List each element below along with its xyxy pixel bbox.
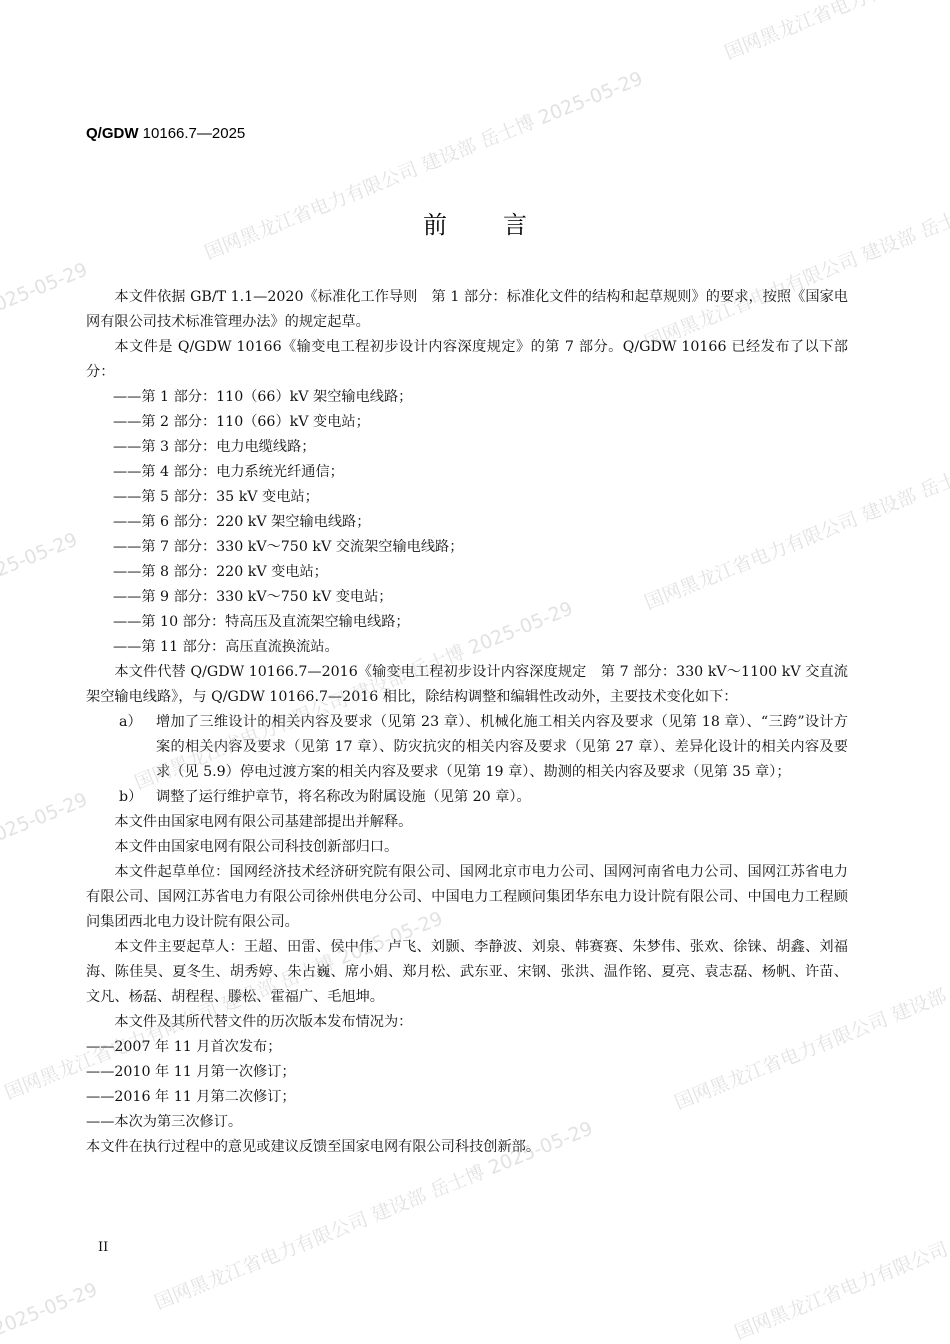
document-body: 本文件依据 GB/T 1.1—2020《标准化工作导则 第 1 部分：标准化文件…	[86, 285, 848, 1160]
change-text: 调整了运行维护章节，将名称改为附属设施（见第 20 章）。	[156, 789, 531, 805]
part-item: ——第 8 部分：220 kV 变电站；	[86, 560, 848, 585]
part-item: ——第 10 部分：特高压及直流架空输电线路；	[86, 610, 848, 635]
change-label: a）	[119, 710, 142, 735]
part-item: ——第 4 部分：电力系统光纤通信；	[86, 460, 848, 485]
history-item: ——2016 年 11 月第二次修订；	[86, 1085, 848, 1110]
part-item: ——第 2 部分：110（66）kV 变电站；	[86, 410, 848, 435]
change-item: a）增加了三维设计的相关内容及要求（见第 23 章）、机械化施工相关内容及要求（…	[86, 710, 848, 785]
title-char-2: 言	[503, 205, 527, 240]
page-title: 前言	[0, 205, 950, 240]
watermark: 国网黑龙江省电力有限公司 建设部	[720, 0, 950, 65]
document-page: Q/GDW 10166.7—2025 前言 本文件依据 GB/T 1.1—202…	[0, 0, 950, 1344]
paragraph-basis: 本文件依据 GB/T 1.1—2020《标准化工作导则 第 1 部分：标准化文件…	[86, 285, 848, 335]
paragraph-proposed-by: 本文件由国家电网有限公司基建部提出并解释。	[86, 810, 848, 835]
part-item: ——第 7 部分：330 kV～750 kV 交流架空输电线路；	[86, 535, 848, 560]
doc-number-value: 10166.7—2025	[139, 125, 246, 142]
part-item: ——第 9 部分：330 kV～750 kV 变电站；	[86, 585, 848, 610]
part-item: ——第 5 部分：35 kV 变电站；	[86, 485, 848, 510]
part-item: ——第 3 部分：电力电缆线路；	[86, 435, 848, 460]
history-item: ——2010 年 11 月第一次修订；	[86, 1060, 848, 1085]
paragraph-history-intro: 本文件及其所代替文件的历次版本发布情况为：	[86, 1010, 848, 1035]
watermark: 2025-05-29	[0, 529, 81, 591]
paragraph-replaces: 本文件代替 Q/GDW 10166.7—2016《输变电工程初步设计内容深度规定…	[86, 660, 848, 710]
title-char-1: 前	[423, 205, 447, 240]
part-item: ——第 6 部分：220 kV 架空输电线路；	[86, 510, 848, 535]
history-item: ——本次为第三次修订。	[86, 1110, 848, 1135]
paragraph-feedback: 本文件在执行过程中的意见或建议反馈至国家电网有限公司科技创新部。	[86, 1135, 848, 1160]
page-number: II	[98, 1240, 108, 1255]
watermark: 2025-05-29	[0, 789, 91, 851]
part-item: ——第 11 部分：高压直流换流站。	[86, 635, 848, 660]
change-item: b）调整了运行维护章节，将名称改为附属设施（见第 20 章）。	[86, 785, 848, 810]
paragraph-drafters: 本文件主要起草人：王超、田雷、侯中伟、卢飞、刘颢、李静波、刘泉、韩赛赛、朱梦伟、…	[86, 935, 848, 1010]
part-item: ——第 1 部分：110（66）kV 架空输电线路；	[86, 385, 848, 410]
watermark: 国网黑龙江省电力有限公司 建设部	[730, 1211, 950, 1344]
paragraph-drafting-units: 本文件起草单位：国网经济技术经济研究院有限公司、国网北京市电力公司、国网河南省电…	[86, 860, 848, 935]
watermark: 2025-05-29	[0, 259, 91, 321]
change-label: b）	[119, 785, 142, 810]
doc-number-prefix: Q/GDW	[86, 125, 139, 142]
watermark: 2025-05-29	[0, 1279, 101, 1341]
change-text: 增加了三维设计的相关内容及要求（见第 23 章）、机械化施工相关内容及要求（见第…	[156, 714, 848, 780]
document-number: Q/GDW 10166.7—2025	[86, 125, 245, 142]
history-item: ——2007 年 11 月首次发布；	[86, 1035, 848, 1060]
paragraph-managed-by: 本文件由国家电网有限公司科技创新部归口。	[86, 835, 848, 860]
paragraph-series: 本文件是 Q/GDW 10166《输变电工程初步设计内容深度规定》的第 7 部分…	[86, 335, 848, 385]
